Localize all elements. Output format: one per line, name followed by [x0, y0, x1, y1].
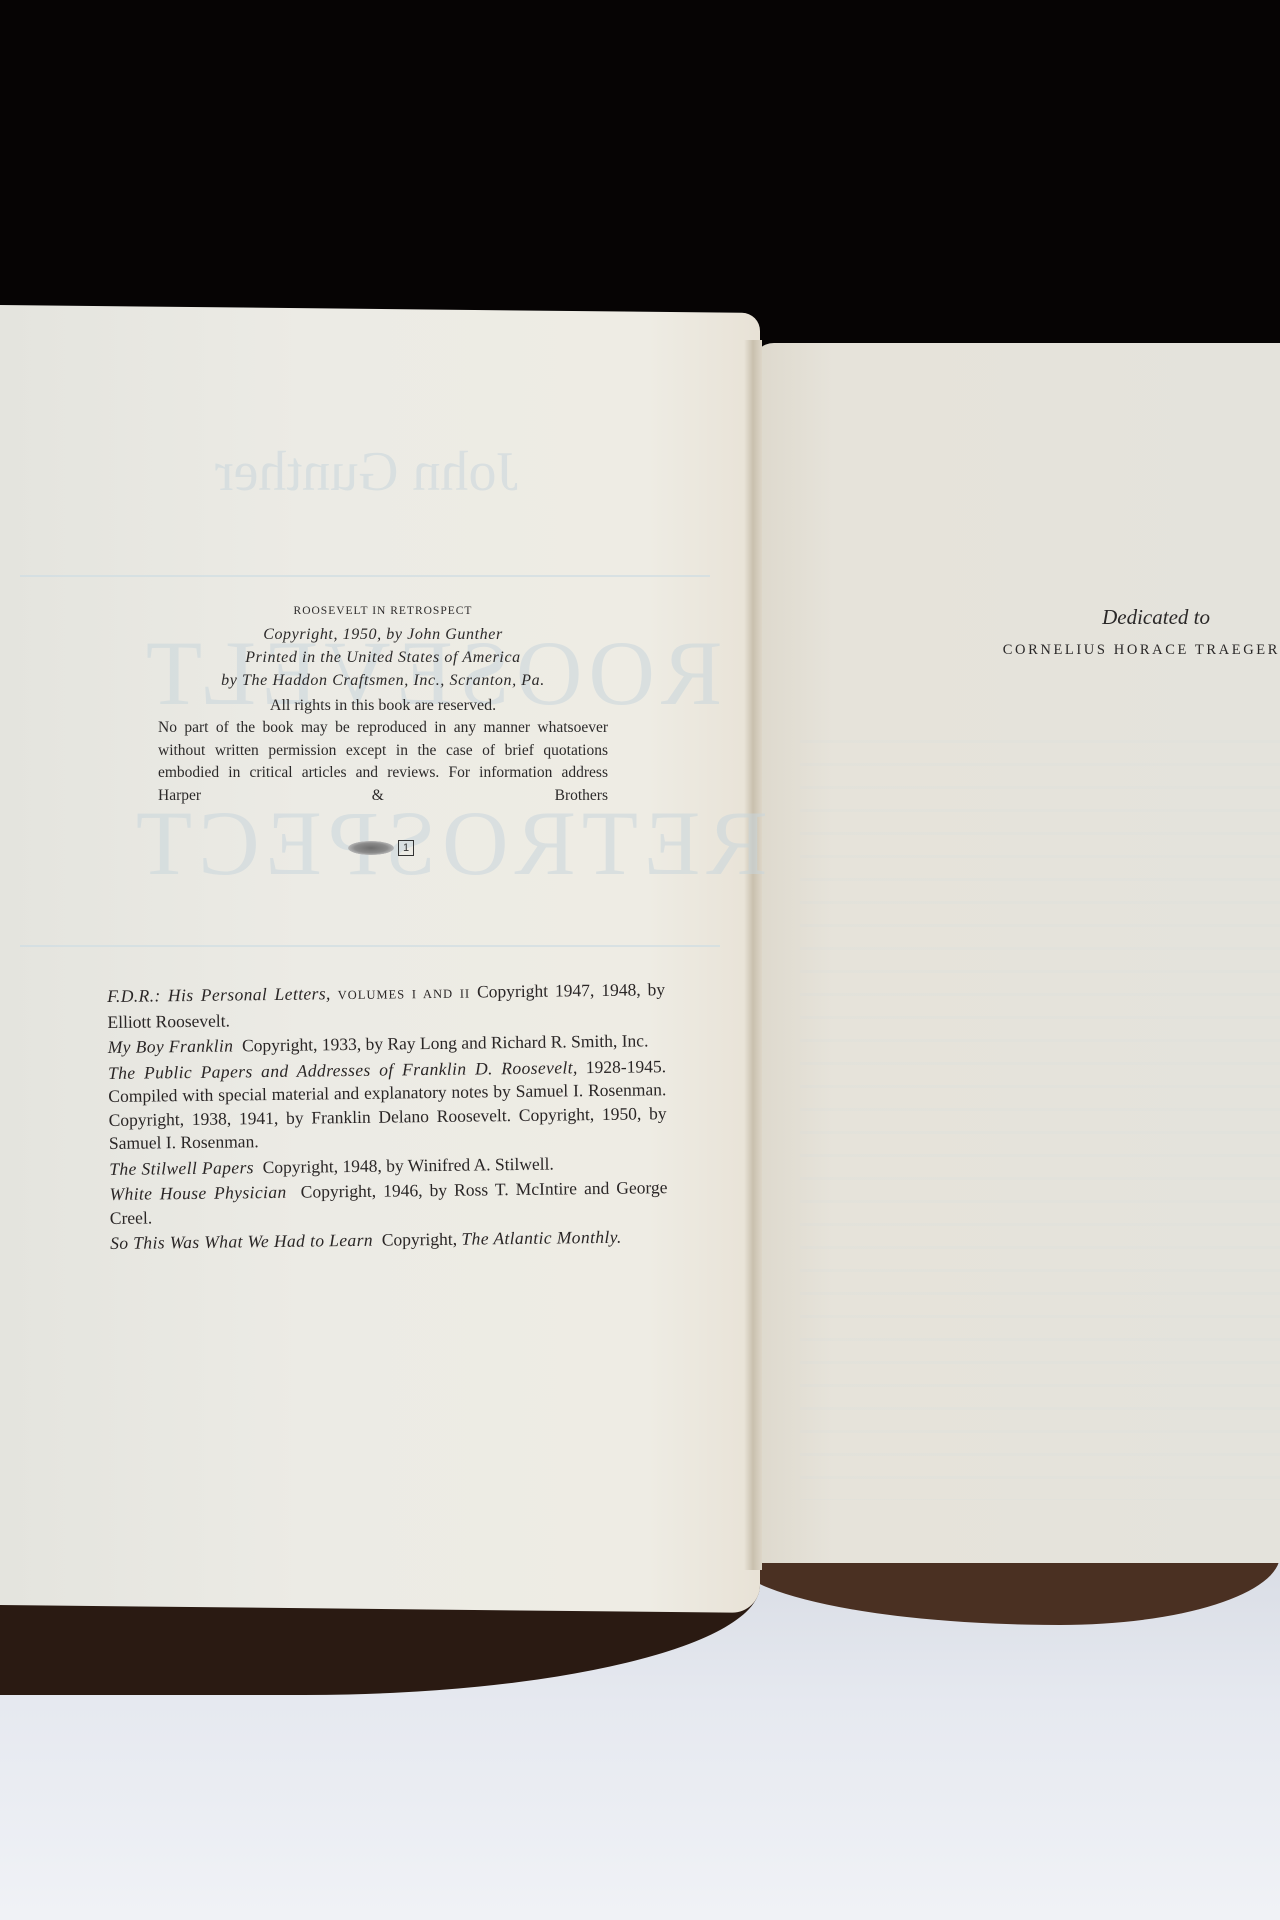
rights-reserved: All rights in this book are reserved.	[158, 695, 608, 717]
show-through-author: John Gunther	[215, 440, 518, 504]
printer-line: by The Haddon Craftsmen, Inc., Scranton,…	[158, 669, 608, 692]
work-title: F.D.R.: His Personal Letters,	[107, 983, 331, 1006]
credit-text: Copyright, 1948, by Winifred A. Stilwell…	[263, 1153, 554, 1177]
show-through-rule	[20, 575, 710, 577]
work-title: White House Physician	[109, 1182, 286, 1204]
printed-line: Printed in the United States of America	[158, 646, 608, 669]
copyright-block: ROOSEVELT IN RETROSPECT Copyright, 1950,…	[158, 605, 608, 807]
acknowledgment-entry: So This Was What We Had to Learn Copyrig…	[110, 1225, 668, 1255]
publisher-ornament-icon	[348, 841, 394, 855]
volumes: VOLUMES I AND II	[338, 987, 471, 1003]
dedicatee-name: CORNELIUS HORACE TRAEGER	[940, 642, 1280, 659]
acknowledgment-entry: F.D.R.: His Personal Letters, VOLUMES I …	[107, 978, 666, 1034]
dedication: Dedicated to CORNELIUS HORACE TRAEGER	[940, 605, 1280, 659]
work-title: My Boy Franklin	[108, 1035, 234, 1057]
dedication-heading: Dedicated to	[940, 605, 1280, 630]
acknowledgments: F.D.R.: His Personal Letters, VOLUMES I …	[107, 978, 668, 1257]
acknowledgment-entry: White House Physician Copyright, 1946, b…	[109, 1176, 668, 1230]
work-title: The Public Papers and Addresses of Frank…	[108, 1057, 578, 1083]
credit-text: Copyright, 1933, by Ray Long and Richard…	[242, 1030, 649, 1055]
edition-number: 1	[398, 840, 414, 856]
credit-text: Copyright,	[382, 1229, 458, 1250]
publication-title: The Atlantic Monthly.	[461, 1227, 621, 1249]
copyright-line: Copyright, 1950, by John Gunther	[158, 623, 608, 646]
work-title: So This Was What We Had to Learn	[110, 1230, 373, 1253]
book-title: ROOSEVELT IN RETROSPECT	[158, 605, 608, 617]
book-gutter	[744, 340, 762, 1570]
rights-body: No part of the book may be reproduced in…	[158, 717, 608, 807]
acknowledgment-entry: The Public Papers and Addresses of Frank…	[108, 1055, 667, 1156]
show-through-rule	[20, 945, 720, 947]
work-title: The Stilwell Papers	[109, 1157, 254, 1179]
right-page-show-through	[800, 720, 1280, 1500]
colophon: 1	[348, 840, 414, 856]
